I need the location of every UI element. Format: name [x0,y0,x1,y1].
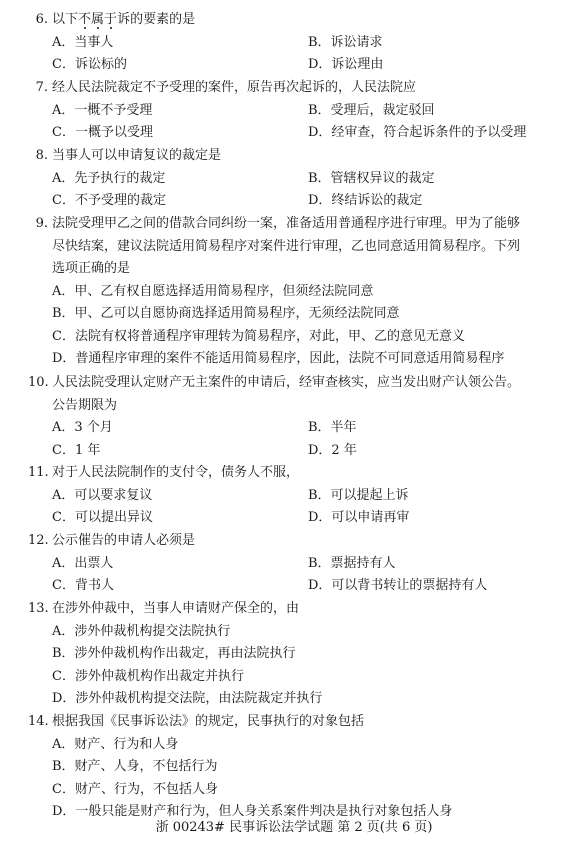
option-row: C．诉讼标的 D．诉讼理由 [28,54,568,77]
option-row: A．可以要求复议 B．可以提起上诉 [28,485,568,508]
option-row: C．一概予以受理 D．经审查，符合起诉条件的予以受理 [28,122,568,145]
question-13: 13.在涉外仲裁中，当事人申请财产保全的，由 A．涉外仲裁机构提交法院执行 B．… [28,598,568,711]
option-a: A．一概不予受理 [52,100,152,123]
question-number: 6. [28,9,48,32]
option-c: C．可以提出异议 [52,507,153,530]
option-a: A．出票人 [52,553,113,576]
option-b: B．甲、乙可以自愿协商选择适用简易程序，无须经法院同意 [28,303,568,326]
option-c: C．诉讼标的 [52,54,127,77]
question-stem: 6.以下不属于诉的要素的是 [28,9,568,32]
option-row: C．背书人 D．可以背书转让的票据持有人 [28,575,568,598]
option-d: D．可以背书转让的票据持有人 [308,575,487,598]
question-number: 12. [28,530,48,553]
option-row: A．出票人 B．票据持有人 [28,553,568,576]
option-a: A．涉外仲裁机构提交法院执行 [28,621,568,644]
option-d: D．终结诉讼的裁定 [308,190,422,213]
option-b: B．财产、人身，不包括行为 [28,756,568,779]
option-b: B．可以提起上诉 [308,485,409,508]
option-b: B．半年 [308,417,357,440]
question-stem: 7.经人民法院裁定不予受理的案件，原告再次起诉的，人民法院应 [28,77,568,100]
question-number: 7. [28,77,48,100]
option-c: C．法院有权将普通程序审理转为简易程序，对此，甲、乙的意见无意义 [28,326,568,349]
option-b: B．票据持有人 [308,553,396,576]
option-d: D．诉讼理由 [308,54,383,77]
option-row: C．可以提出异议 D．可以申请再审 [28,507,568,530]
option-d: D．普通程序审理的案件不能适用简易程序，因此，法院不可同意适用简易程序 [28,348,568,371]
question-stem: 8.当事人可以申请复议的裁定是 [28,145,568,168]
question-12: 12.公示催告的申请人必须是 A．出票人 B．票据持有人 C．背书人 D．可以背… [28,530,568,598]
option-row: A．一概不予受理 B．受理后，裁定驳回 [28,100,568,123]
option-a: A．甲、乙有权自愿选择适用简易程序，但须经法院同意 [28,281,568,304]
option-row: A．当事人 B．诉讼请求 [28,32,568,55]
option-a: A．可以要求复议 [52,485,152,508]
question-number: 9. [28,213,48,236]
option-row: C．1 年 D．2 年 [28,440,568,463]
option-c: C．不予受理的裁定 [52,190,166,213]
option-c: C．财产、行为，不包括人身 [28,779,568,802]
question-stem-continued: 公告期限为 [28,395,568,418]
question-8: 8.当事人可以申请复议的裁定是 A．先予执行的裁定 B．管辖权异议的裁定 C．不… [28,145,568,213]
question-stem-continued: 尽快结案，建议法院适用简易程序对案件进行审理，乙也同意适用简易程序。下列 [28,236,568,259]
question-number: 8. [28,145,48,168]
emphasis-char: 于 [104,12,117,27]
option-c: C．涉外仲裁机构作出裁定并执行 [28,666,568,689]
question-7: 7.经人民法院裁定不予受理的案件，原告再次起诉的，人民法院应 A．一概不予受理 … [28,77,568,145]
option-c: C．背书人 [52,575,114,598]
option-d: D．2 年 [308,440,357,463]
question-stem-continued: 选项正确的是 [28,258,568,281]
question-number: 11. [28,462,48,485]
option-a: A．先予执行的裁定 [52,168,165,191]
option-row: C．不予受理的裁定 D．终结诉讼的裁定 [28,190,568,213]
option-d: D．可以申请再审 [308,507,409,530]
option-d: D．涉外仲裁机构提交法院，由法院裁定并执行 [28,688,568,711]
option-d: D．经审查，符合起诉条件的予以受理 [308,122,526,145]
question-stem: 9.法院受理甲乙之间的借款合同纠纷一案，准备适用普通程序进行审理。甲为了能够 [28,213,568,236]
question-stem: 11.对于人民法院制作的支付令，债务人不服， [28,462,568,485]
option-c: C．1 年 [52,440,100,463]
question-6: 6.以下不属于诉的要素的是 A．当事人 B．诉讼请求 C．诉讼标的 D．诉讼理由 [28,9,568,77]
question-stem: 12.公示催告的申请人必须是 [28,530,568,553]
option-row: A．3 个月 B．半年 [28,417,568,440]
option-b: B．受理后，裁定驳回 [308,100,435,123]
question-stem: 13.在涉外仲裁中，当事人申请财产保全的，由 [28,598,568,621]
option-c: C．一概予以受理 [52,122,153,145]
question-11: 11.对于人民法院制作的支付令，债务人不服， A．可以要求复议 B．可以提起上诉… [28,462,568,530]
question-stem: 14.根据我国《民事诉讼法》的规定，民事执行的对象包括 [28,711,568,734]
page-footer: 浙 00243# 民事诉讼法学试题 第 2 页(共 6 页) [0,818,588,838]
exam-page: 6.以下不属于诉的要素的是 A．当事人 B．诉讼请求 C．诉讼标的 D．诉讼理由… [0,0,588,865]
question-9: 9.法院受理甲乙之间的借款合同纠纷一案，准备适用普通程序进行审理。甲为了能够 尽… [28,213,568,371]
question-number: 14. [28,711,48,734]
option-a: A．当事人 [52,32,113,55]
question-10: 10.人民法院受理认定财产无主案件的申请后，经审查核实，应当发出财产认领公告。 … [28,372,568,462]
option-b: B．诉讼请求 [308,32,383,55]
question-number: 13. [28,598,48,621]
question-number: 10. [28,372,48,395]
question-stem: 10.人民法院受理认定财产无主案件的申请后，经审查核实，应当发出财产认领公告。 [28,372,568,395]
emphasis-char: 属 [91,12,104,27]
option-a: A．3 个月 [52,417,113,440]
option-a: A．财产、行为和人身 [28,734,568,757]
question-14: 14.根据我国《民事诉讼法》的规定，民事执行的对象包括 A．财产、行为和人身 B… [28,711,568,824]
option-b: B．涉外仲裁机构作出裁定，再由法院执行 [28,643,568,666]
emphasis-char: 不 [78,12,91,27]
option-row: A．先予执行的裁定 B．管辖权异议的裁定 [28,168,568,191]
option-b: B．管辖权异议的裁定 [308,168,435,191]
